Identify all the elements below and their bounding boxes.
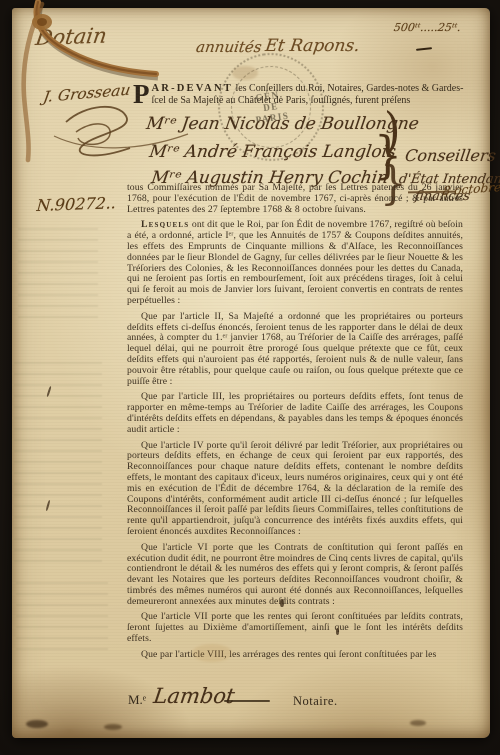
edge-stain	[410, 720, 426, 726]
binding-string	[0, 0, 180, 240]
party-name-2: Mʳᵉ André François Langlois	[148, 142, 397, 162]
notary-signature: Lambot	[152, 684, 236, 708]
printed-body: tous Commiſſaires nommés par Sa Majeſté,…	[127, 183, 463, 666]
ink-dash-mark	[416, 47, 432, 50]
party-name-1: Mʳᵉ Jean Nicolas de Boullongne	[145, 114, 420, 134]
footer-prefix: M.ᵉ	[128, 692, 146, 708]
paragraph-article-2: Que par l'article II, Sa Majeſté a ordon…	[127, 312, 463, 388]
foxing-spot	[192, 644, 232, 662]
ink-slash-mark	[46, 386, 51, 397]
ink-blot	[280, 599, 284, 607]
bleed-through-text	[18, 226, 98, 324]
edge-stain	[104, 724, 122, 730]
footer-notaire-label: Notaire.	[293, 694, 338, 709]
paragraph-article-7: Que l'article VII porte que les rentes q…	[127, 612, 463, 644]
bleed-through-text	[14, 356, 102, 568]
top-center-annotation-a: annuités	[195, 38, 263, 56]
foxing-spot	[232, 66, 258, 80]
edge-stain	[26, 720, 48, 728]
party-role-conseillers: Conseillers	[404, 146, 497, 165]
date-correction: 8 octobre	[442, 180, 500, 198]
bleed-through-text	[16, 580, 108, 656]
signature-dash	[224, 700, 270, 702]
photograph-background: { "page": { "background_color": "#14100c…	[0, 0, 500, 755]
opening-formula: PAR-DEVANT les Conſeillers du Roi, Notai…	[133, 83, 465, 108]
paragraph-article-6: Que l'article VI porte que les Contrats …	[127, 543, 463, 608]
top-right-amount-annotation: 500ᵗᵗ.....25ᵗᵗ.	[393, 21, 462, 34]
ink-slash-mark	[46, 500, 51, 511]
paragraph-article-8: Que par l'article VIII, les arrérages de…	[127, 650, 463, 661]
ink-blot	[336, 628, 339, 635]
paragraph-article-4: Que l'article IV porte qu'il ſeroit déli…	[127, 441, 463, 538]
paragraph-article-3: Que par l'article III, les propriétaires…	[127, 392, 463, 435]
